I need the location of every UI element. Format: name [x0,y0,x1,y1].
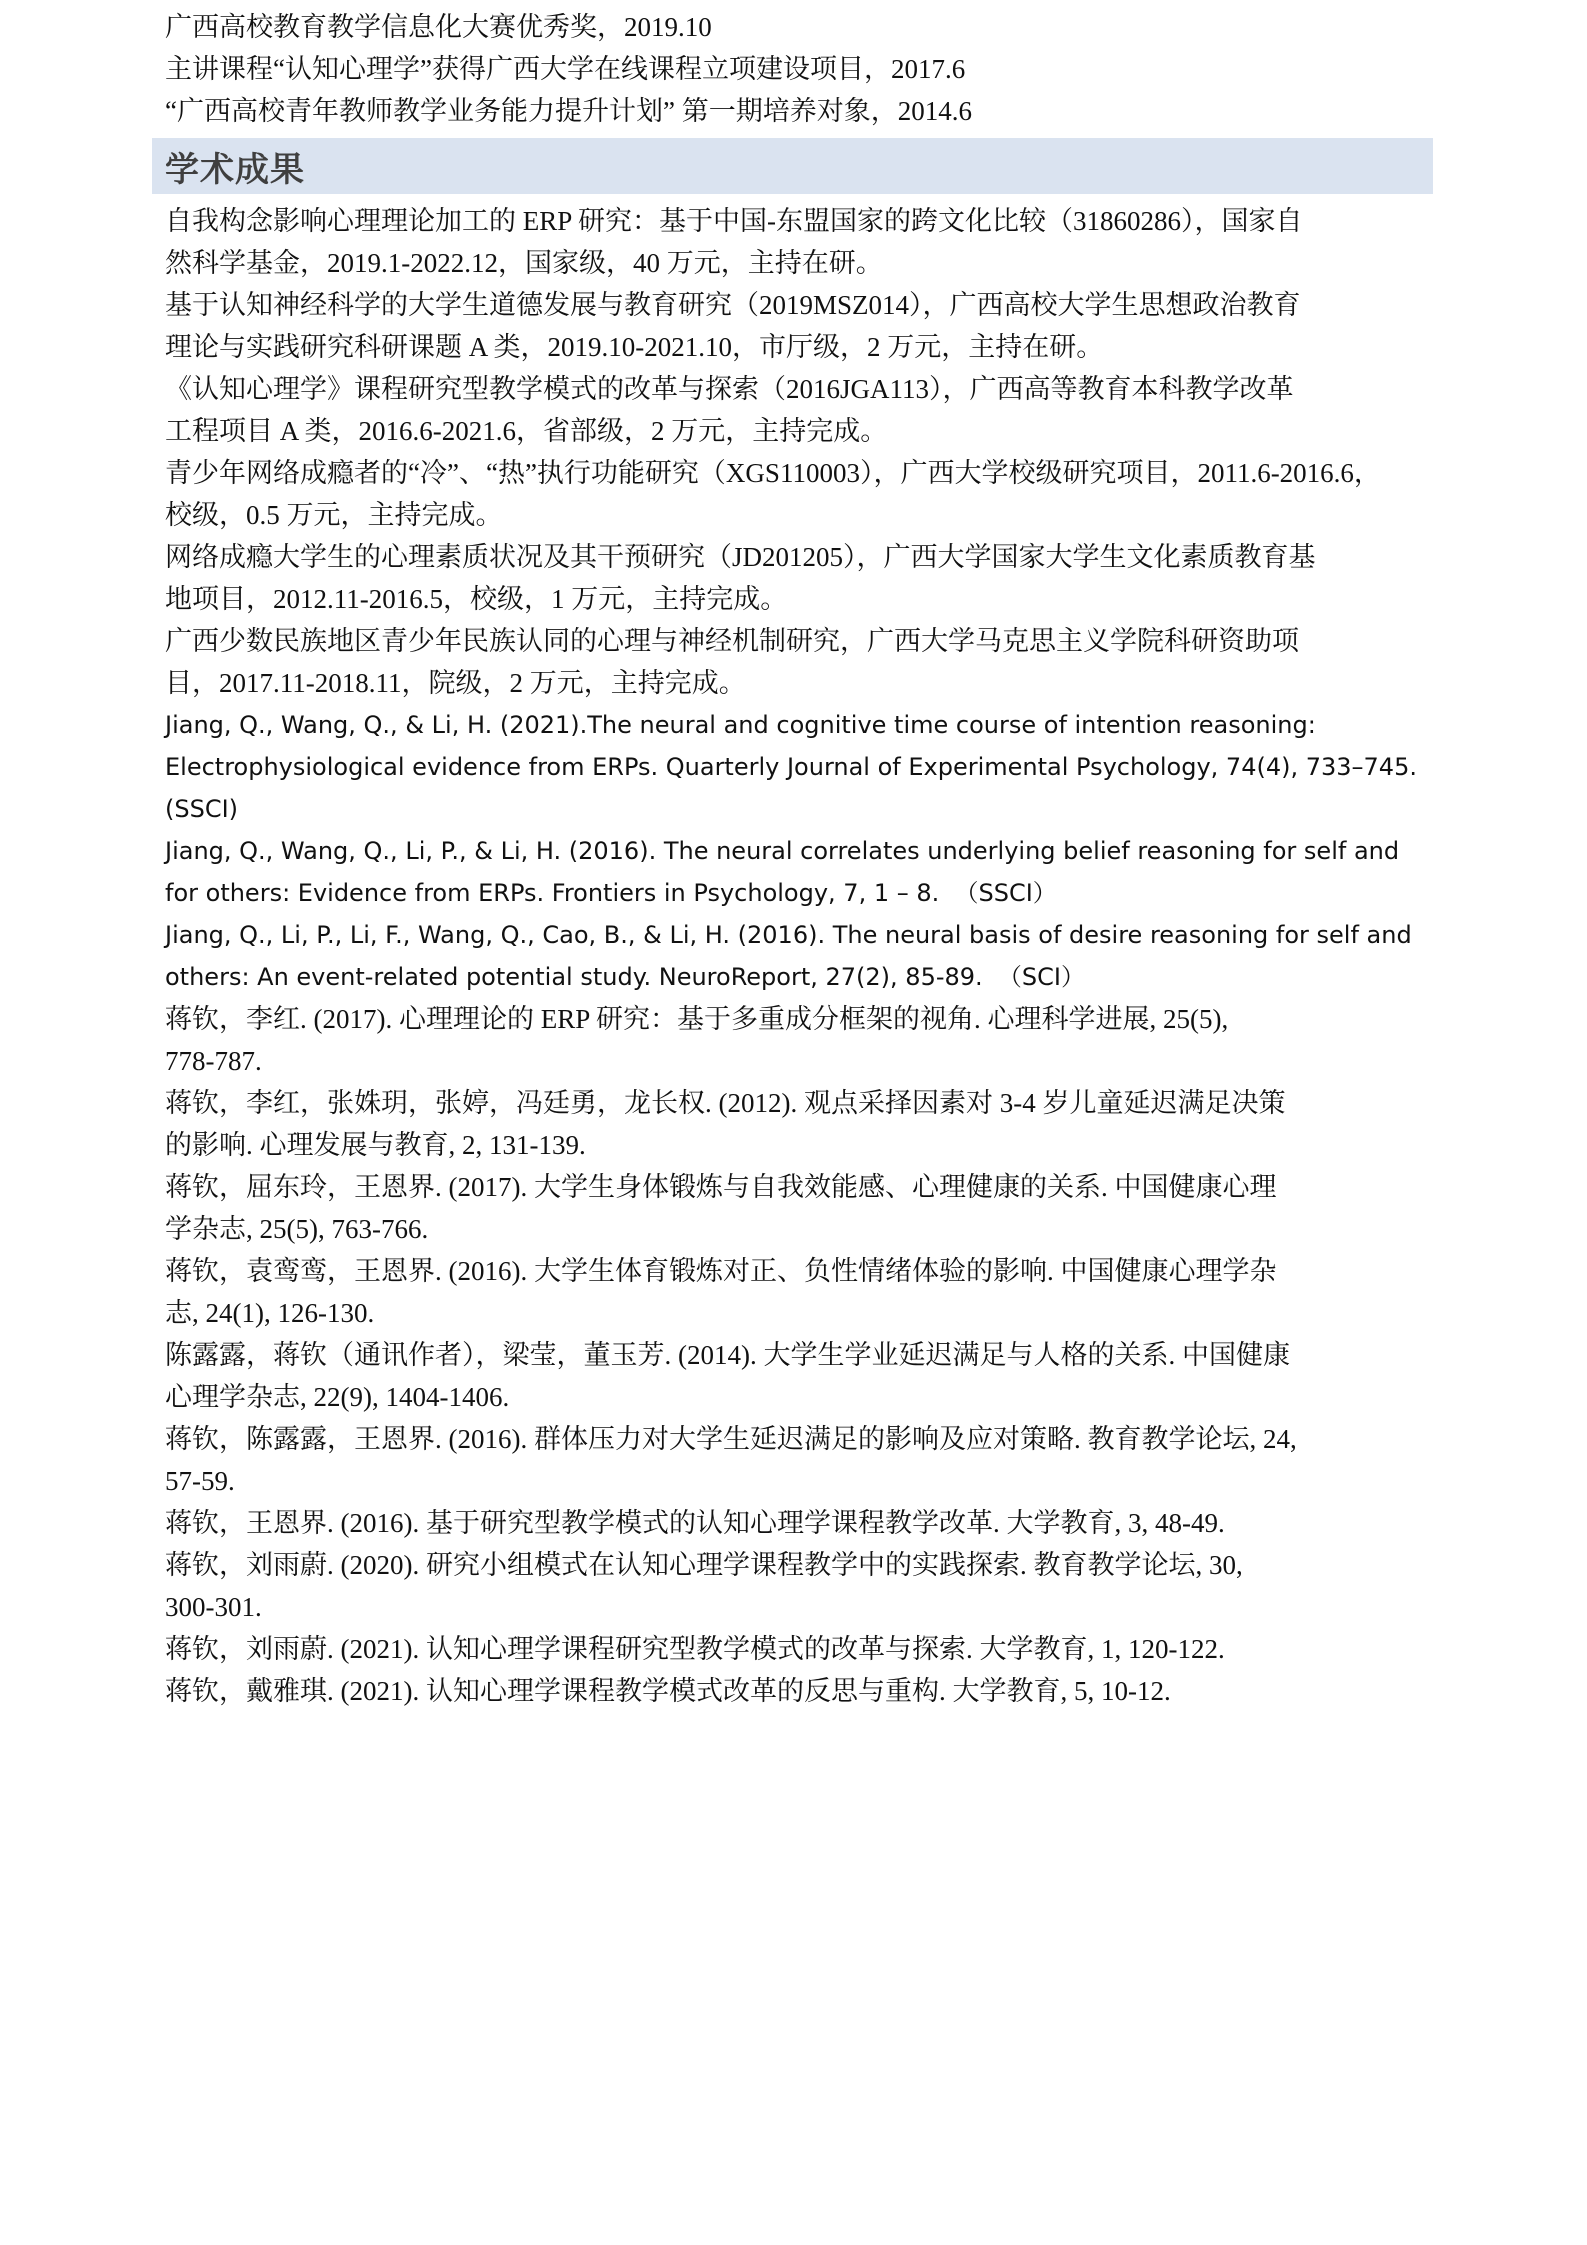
section-title: 学术成果 [152,142,305,191]
grant-item: 青少年网络成瘾者的“冷”、“热”执行功能研究（XGS110003），广西大学校级… [165,452,1433,536]
award-line: “广西高校青年教师教学业务能力提升计划” 第一期培养对象，2014.6 [165,90,1433,132]
grant-item: 《认知心理学》课程研究型教学模式的改革与探索（2016JGA113），广西高等教… [165,368,1433,452]
publication-item: Jiang, Q., Li, P., Li, F., Wang, Q., Cao… [165,914,1433,998]
publication-item: 蒋钦，刘雨蔚. (2021). 认知心理学课程研究型教学模式的改革与探索. 大学… [165,1628,1433,1670]
publication-item: 蒋钦，李红，张姝玥，张婷，冯廷勇，龙长权. (2012). 观点采择因素对 3-… [165,1082,1433,1166]
section-header-bar: 学术成果 [152,138,1433,194]
publication-item: 蒋钦，陈露露，王恩界. (2016). 群体压力对大学生延迟满足的影响及应对策略… [165,1418,1433,1502]
document-page: 广西高校教育教学信息化大赛优秀奖，2019.10 主讲课程“认知心理学”获得广西… [0,0,1587,2245]
publication-item: Jiang, Q., Wang, Q., Li, P., & Li, H. (2… [165,830,1433,914]
award-line: 广西高校教育教学信息化大赛优秀奖，2019.10 [165,6,1433,48]
grant-item: 基于认知神经科学的大学生道德发展与教育研究（2019MSZ014），广西高校大学… [165,284,1433,368]
grant-item: 网络成瘾大学生的心理素质状况及其干预研究（JD201205），广西大学国家大学生… [165,536,1433,620]
document-content: 广西高校教育教学信息化大赛优秀奖，2019.10 主讲课程“认知心理学”获得广西… [152,0,1433,1712]
publication-item: 陈露露，蒋钦（通讯作者），梁莹，董玉芳. (2014). 大学生学业延迟满足与人… [165,1334,1433,1418]
publication-item: 蒋钦，王恩界. (2016). 基于研究型教学模式的认知心理学课程教学改革. 大… [165,1502,1433,1544]
publication-item: 蒋钦，袁鸾鸾，王恩界. (2016). 大学生体育锻炼对正、负性情绪体验的影响.… [165,1250,1433,1334]
publication-item: 蒋钦，刘雨蔚. (2020). 研究小组模式在认知心理学课程教学中的实践探索. … [165,1544,1433,1628]
grant-item: 自我构念影响心理理论加工的 ERP 研究：基于中国-东盟国家的跨文化比较（318… [165,200,1433,284]
grant-item: 广西少数民族地区青少年民族认同的心理与神经机制研究，广西大学马克思主义学院科研资… [165,620,1433,704]
publication-item: Jiang, Q., Wang, Q., & Li, H. (2021).The… [165,704,1433,830]
achievements-list: 自我构念影响心理理论加工的 ERP 研究：基于中国-东盟国家的跨文化比较（318… [152,194,1433,1712]
publication-item: 蒋钦，李红. (2017). 心理理论的 ERP 研究：基于多重成分框架的视角.… [165,998,1433,1082]
awards-list: 广西高校教育教学信息化大赛优秀奖，2019.10 主讲课程“认知心理学”获得广西… [152,0,1433,132]
publication-item: 蒋钦，屈东玲，王恩界. (2017). 大学生身体锻炼与自我效能感、心理健康的关… [165,1166,1433,1250]
award-line: 主讲课程“认知心理学”获得广西大学在线课程立项建设项目，2017.6 [165,48,1433,90]
publication-item: 蒋钦，戴雅琪. (2021). 认知心理学课程教学模式改革的反思与重构. 大学教… [165,1670,1433,1712]
